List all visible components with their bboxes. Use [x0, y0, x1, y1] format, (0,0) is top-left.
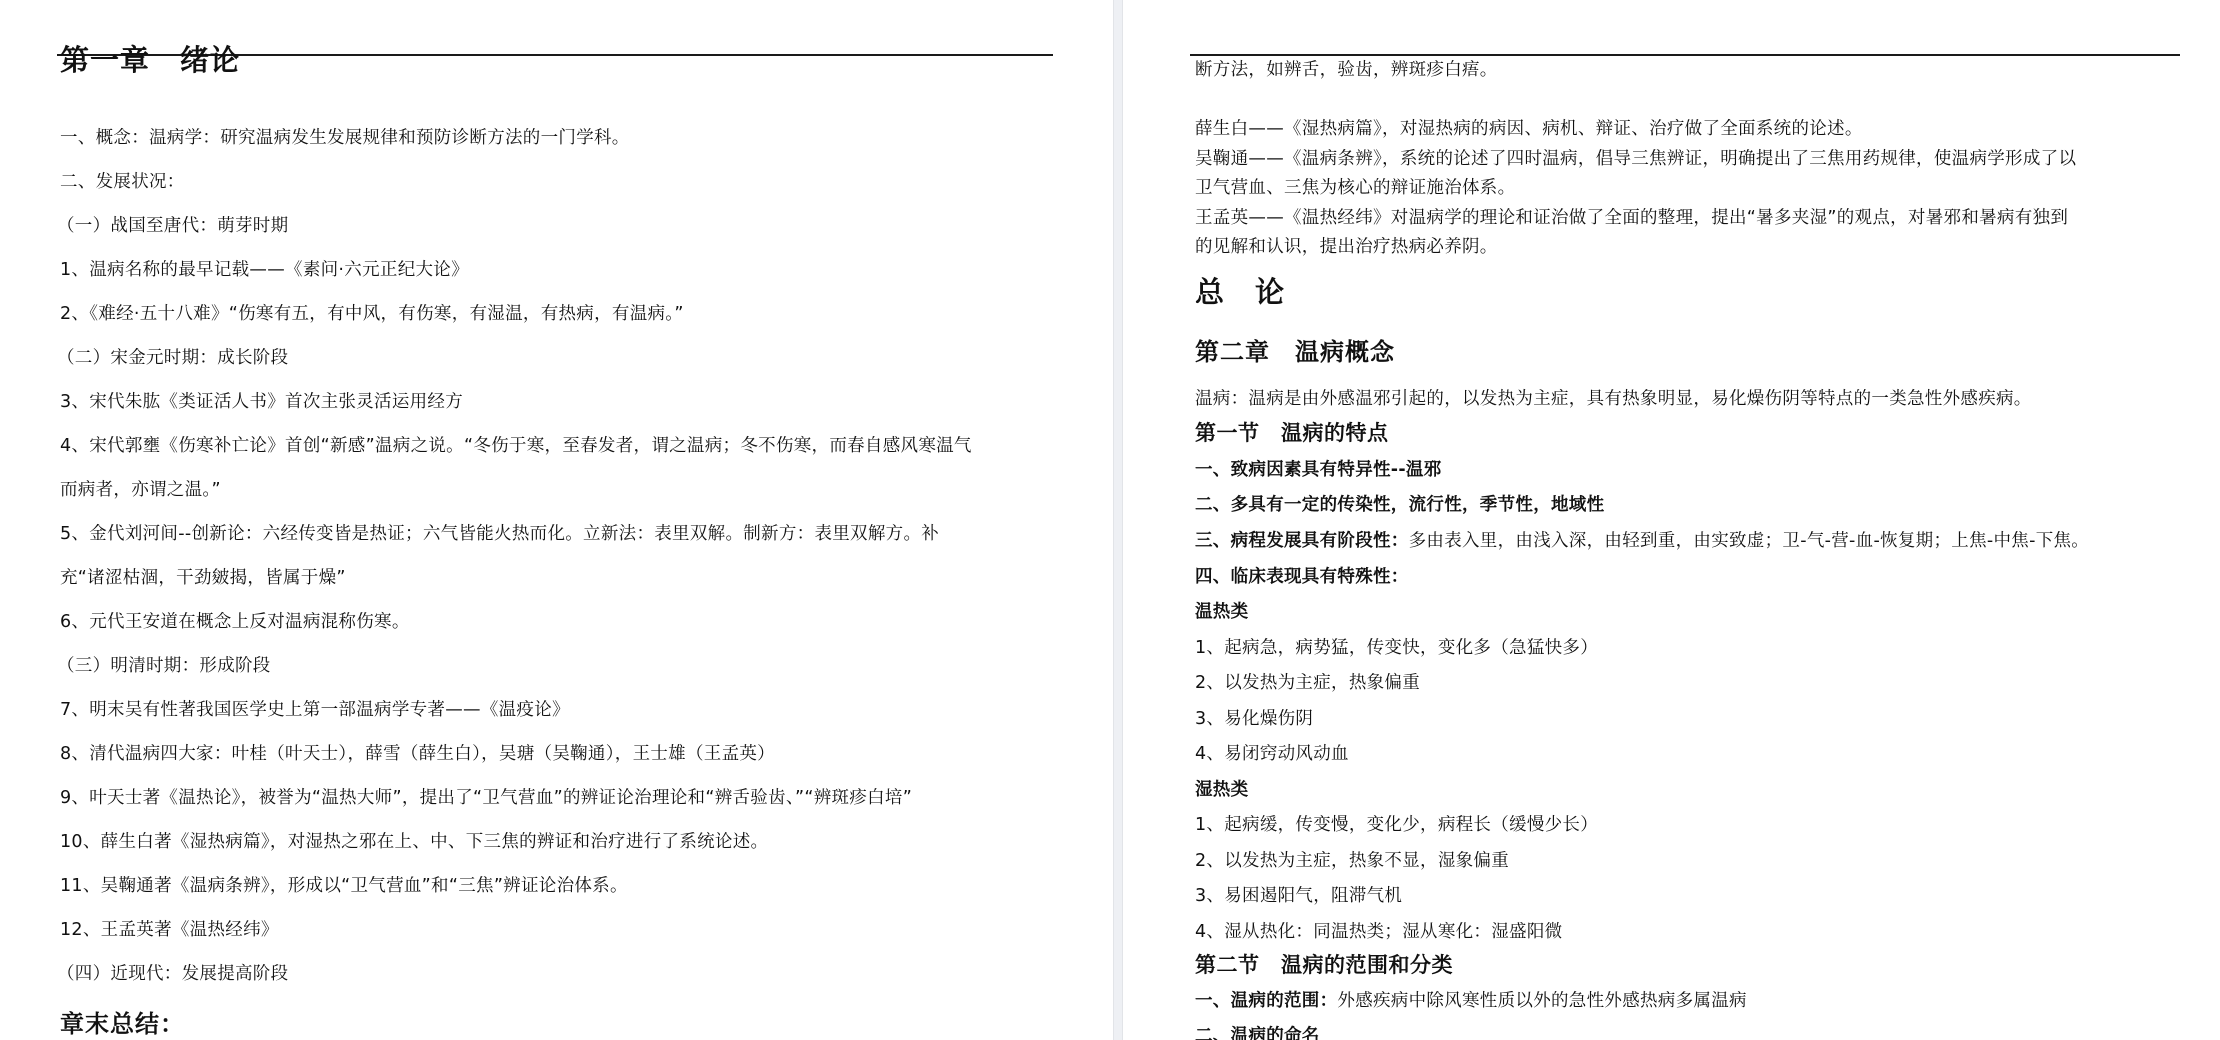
chapter-title: 第二章 温病概念: [1195, 336, 1395, 368]
subsection-heading: （三）明清时期：形成阶段: [57, 654, 271, 678]
subsection-heading: （一）战国至唐代：萌芽时期: [57, 214, 288, 238]
feature-label: 四、临床表现具有特殊性：: [1195, 567, 1409, 587]
text-line: 11、吴鞠通著《温病条辨》，形成以“卫气营血”和“三焦”辨证论治体系。: [60, 874, 628, 898]
list-item: 2、以发热为主症，热象不显，湿象偏重: [1195, 849, 1509, 873]
text-line: 二、发展状况：: [60, 170, 185, 194]
document-page-right: 断方法，如辨舌，验齿，辨斑疹白痦。 薛生白——《湿热病篇》，对湿热病的病因、病机…: [1123, 0, 2220, 1040]
feature-label: 三、病程发展具有阶段性：: [1195, 531, 1409, 551]
scholar-line: 吴鞠通——《温病条辨》，系统的论述了四时温病，倡导三焦辨证，明确提出了三焦用药规…: [1195, 147, 2076, 171]
list-item: 1、起病缓，传变慢，变化少，病程长（缓慢少长）: [1195, 813, 1598, 837]
scholar-line: 的见解和认识，提出治疗热病必养阴。: [1195, 235, 1498, 259]
text-line: 3、宋代朱肱《类证活人书》首次主张灵活运用经方: [60, 390, 463, 414]
feature-line: 一、致病因素具有特异性--温邪: [1195, 458, 1442, 482]
list-item: 1、起病急，病势猛，传变快，变化多（急猛快多）: [1195, 636, 1598, 660]
list-item: 4、湿从热化：同温热类；湿从寒化：湿盛阳微: [1195, 920, 1562, 944]
scholar-line: 卫气营血、三焦为核心的辩证施治体系。: [1195, 176, 1515, 200]
category-label: 湿热类: [1195, 778, 1248, 802]
scope-line: 一、温病的范围：外感疾病中除风寒性质以外的急性外感热病多属温病: [1195, 989, 1747, 1013]
feature-label: 二、多具有一定的传染性，流行性，季节性，地域性: [1195, 495, 1604, 515]
feature-line: 三、病程发展具有阶段性：多由表入里，由浅入深，由轻到重，由实致虚；卫-气-营-血…: [1195, 529, 2089, 553]
text-line: 4、宋代郭壅《伤寒补亡论》首创“新感”温病之说。“冬伤于寒，至春发者，谓之温病；…: [60, 434, 972, 458]
feature-label: 一、致病因素具有特异性--温邪: [1195, 460, 1442, 480]
text-line: 12、王孟英著《温热经纬》: [60, 918, 279, 942]
continued-text-line: 断方法，如辨舌，验齿，辨斑疹白痦。: [1195, 58, 1498, 82]
text-line: 7、明末吴有性著我国医学史上第一部温病学专著——《温疫论》: [60, 698, 570, 722]
section-title: 第一节 温病的特点: [1195, 419, 1389, 447]
definition-line: 温病：温病是由外感温邪引起的，以发热为主症，具有热象明显，易化燥伤阴等特点的一类…: [1195, 387, 2032, 411]
list-item: 3、易困遏阳气，阻滞气机: [1195, 884, 1402, 908]
subsection-heading: （四）近现代：发展提高阶段: [57, 962, 288, 986]
text-line: 而病者，亦谓之温。”: [60, 478, 221, 502]
text-line: 9、叶天士著《温热论》，被誉为“温热大师”，提出了“卫气营血”的辨证论治理论和“…: [60, 786, 912, 810]
list-item: 2、以发热为主症，热象偏重: [1195, 671, 1420, 695]
text-line: 6、元代王安道在概念上反对温病混称伤寒。: [60, 610, 410, 634]
list-item: 3、易化燥伤阴: [1195, 707, 1313, 731]
header-rule: [1190, 54, 2180, 56]
scholar-line: 薛生白——《湿热病篇》，对湿热病的病因、病机、辩证、治疗做了全面系统的论述。: [1195, 117, 1863, 141]
section-title: 第二节 温病的范围和分类: [1195, 951, 1453, 979]
feature-detail: 多由表入里，由浅入深，由轻到重，由实致虚；卫-气-营-血-恢复期；上焦-中焦-下…: [1409, 531, 2090, 551]
text-line: 一、概念：温病学：研究温病发生发展规律和预防诊断方法的一门学科。: [60, 126, 630, 150]
chapter-title: 第一章 绪论: [60, 42, 240, 78]
subsection-heading: （二）宋金元时期：成长阶段: [57, 346, 288, 370]
category-label: 温热类: [1195, 600, 1248, 624]
scope-detail: 外感疾病中除风寒性质以外的急性外感热病多属温病: [1337, 991, 1746, 1011]
feature-line: 四、临床表现具有特殊性：: [1195, 565, 1409, 589]
text-line: 2、《难经·五十八难》“伤寒有五，有中风，有伤寒，有湿温，有热病，有温病。”: [60, 302, 684, 326]
text-line: 10、薛生白著《湿热病篇》，对湿热之邪在上、中、下三焦的辨证和治疗进行了系统论述…: [60, 830, 768, 854]
text-line: 5、金代刘河间--创新论：六经传变皆是热证；六气皆能火热而化。立新法：表里双解。…: [60, 522, 939, 546]
page-gutter: [1113, 0, 1123, 1040]
scholar-line: 王孟英——《温热经纬》对温病学的理论和证治做了全面的整理，提出“暑多夹湿”的观点…: [1195, 206, 2068, 230]
text-line: 1、温病名称的最早记载——《素问·六元正纪大论》: [60, 258, 469, 282]
text-line: 充“诸涩枯涸，干劲皴揭，皆属于燥”: [60, 566, 346, 590]
list-item: 4、易闭窍动风动血: [1195, 742, 1349, 766]
summary-heading: 章末总结：: [60, 1008, 185, 1040]
text-line: 8、清代温病四大家：叶桂（叶天士），薛雪（薛生白），吴瑭（吴鞠通），王士雄（王孟…: [60, 742, 775, 766]
document-page-left: 第一章 绪论 一、概念：温病学：研究温病发生发展规律和预防诊断方法的一门学科。 …: [0, 0, 1113, 1040]
part-title: 总 论: [1195, 274, 1285, 310]
feature-line: 二、多具有一定的传染性，流行性，季节性，地域性: [1195, 493, 1604, 517]
naming-heading: 二、温病的命名: [1195, 1024, 1320, 1040]
scope-label: 一、温病的范围：: [1195, 991, 1337, 1011]
